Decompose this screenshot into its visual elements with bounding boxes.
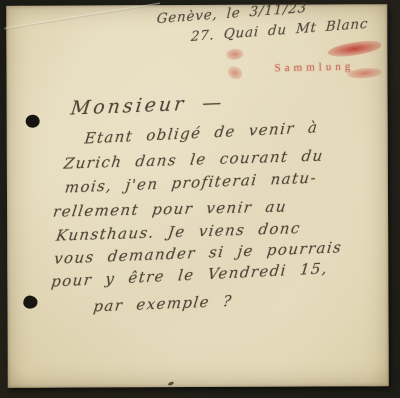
handwriting-line: par exemple ? (93, 294, 234, 315)
handwriting-line: rellement pour venir au (52, 199, 288, 219)
fold-crease (4, 2, 160, 29)
ink-speck (167, 381, 174, 386)
stamp-smudge-left-top (226, 49, 243, 60)
punch-hole-bottom (22, 294, 39, 310)
handwriting-line: Etant obligé de venir à (84, 120, 319, 146)
stamp-smudge-left-bottom (226, 65, 244, 81)
punch-hole-top (26, 115, 40, 128)
handwriting-line-salutation: Monsieur — (70, 93, 226, 118)
handwriting-line: Zurich dans le courant du (63, 149, 325, 172)
handwriting-line: mois, j'en profiterai natu- (64, 171, 318, 196)
stamp-smudge-top-right (327, 39, 382, 59)
letter-paper: Genève, le 3/11/23 27. Quai du Mt Blanc … (6, 4, 389, 388)
scanner-background: Genève, le 3/11/23 27. Quai du Mt Blanc … (0, 0, 400, 398)
handwriting-line: Kunsthaus. Je viens donc (55, 221, 301, 244)
